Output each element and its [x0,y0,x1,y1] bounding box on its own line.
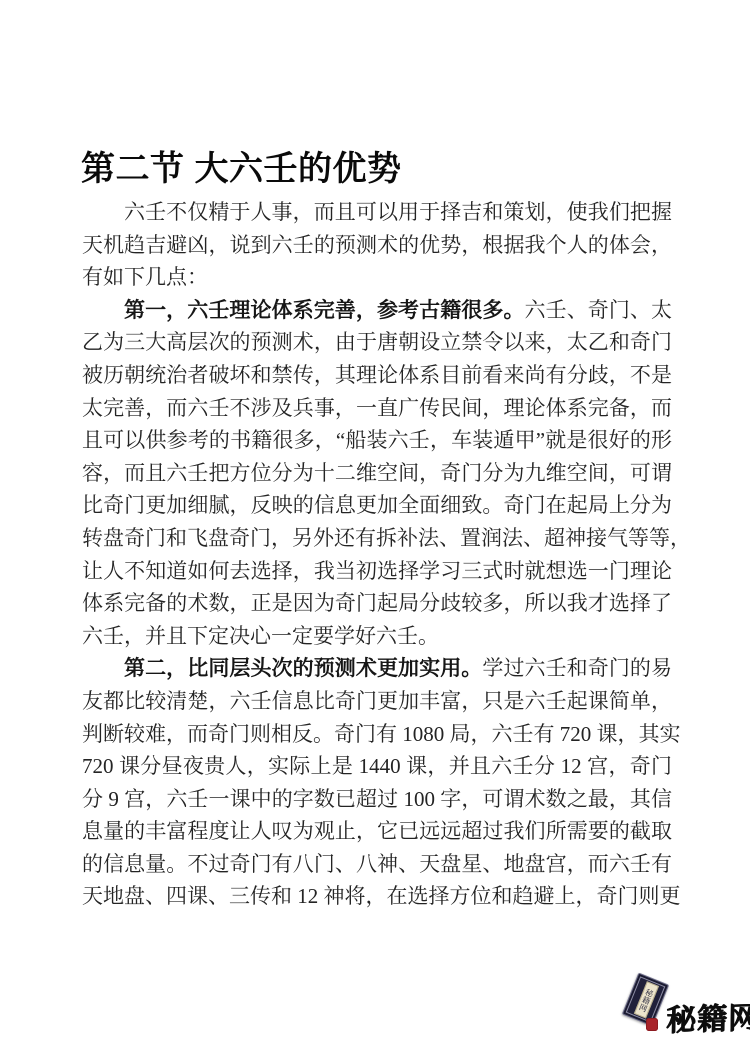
text-line: 720 课分昼夜贵人，实际上是 1440 课，并且六壬分 12 宫，奇门 [82,750,672,783]
text-line: 分 9 宫，六壬一课中的字数已超过 100 字，可谓术数之最，其信 [82,783,672,816]
text-line: 让人不知道如何去选择，我当初选择学习三式时就想选一门理论 [82,555,672,588]
text-line: 的信息量。不过奇门有八门、八神、天盘星、地盘宫，而六壬有 [82,848,672,881]
text-line: 天机趋吉避凶，说到六壬的预测术的优势，根据我个人的体会， [82,229,672,262]
text-line: 转盘奇门和飞盘奇门，另外还有拆补法、置润法、超神接气等等， [82,522,672,555]
text-line: 友都比较清楚，六壬信息比奇门更加丰富，只是六壬起课简单， [82,685,672,718]
text-line: 有如下几点： [82,261,672,294]
text-line: 息量的丰富程度让人叹为观止，它已远远超过我们所需要的截取 [82,815,672,848]
site-name: 秘籍网 [666,992,750,1038]
text-line: 体系完备的术数，正是因为奇门起局分歧较多，所以我才选择了 [82,587,672,620]
text-line: 六壬不仅精于人事，而且可以用于择吉和策划，使我们把握 [82,196,672,229]
section-title: 第二节 大六壬的优势 [81,141,401,190]
text-line: 六壬，并且下定决心一定要学好六壬。 [82,620,672,653]
text-line: 天地盘、四课、三传和 12 神将，在选择方位和趋避上，奇门则更 [82,880,672,913]
text-line: 太完善，而六壬不涉及兵事，一直广传民间，理论体系完备，而 [82,392,672,425]
book-label: 秘籍网 [634,981,659,1018]
text-line: 乙为三大高层次的预测术，由于唐朝设立禁令以来，太乙和奇门 [82,326,672,359]
bold-lead-in: 第二，比同层头次的预测术更加实用。 [124,656,482,680]
text-line: 容，而且六壬把方位分为十二维空间，奇门分为九维空间，可谓 [82,457,672,490]
body-text: 六壬不仅精于人事，而且可以用于择吉和策划，使我们把握天机趋吉避凶，说到六壬的预测… [82,196,672,913]
text-line: 第二，比同层头次的预测术更加实用。学过六壬和奇门的易 [82,652,672,685]
text-line: 判断较难，而奇门则相反。奇门有 1080 局，六壬有 720 课，其实 [82,718,672,751]
text-line: 被历朝统治者破坏和禁传，其理论体系目前看来尚有分歧，不是 [82,359,672,392]
text-line: 比奇门更加细腻，反映的信息更加全面细致。奇门在起局上分为 [82,489,672,522]
seal-icon [646,1018,658,1031]
document-page: 第二节 大六壬的优势 六壬不仅精于人事，而且可以用于择吉和策划，使我们把握天机趋… [0,0,750,1038]
bold-lead-in: 第一，六壬理论体系完善，参考古籍很多。 [124,298,525,322]
site-watermark: 秘籍网 秘籍网 [620,974,748,1036]
text-line: 且可以供参考的书籍很多，“船装六壬，车装遁甲”就是很好的形 [82,424,672,457]
text-line: 第一，六壬理论体系完善，参考古籍很多。六壬、奇门、太 [82,294,672,327]
